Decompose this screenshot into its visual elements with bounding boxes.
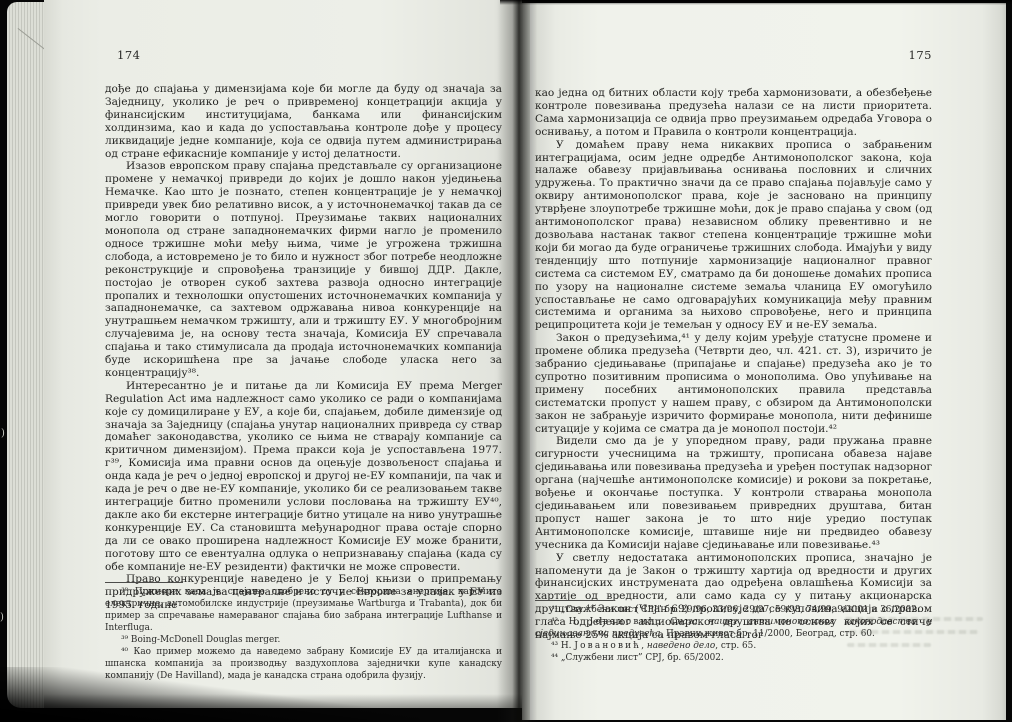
page-edge-stack: [7, 2, 45, 708]
body-paragraph: Интересантно је и питање да ли Комисија …: [105, 380, 502, 574]
body-paragraph: У домаћем праву нема никаквих прописа о …: [535, 139, 932, 333]
body-paragraph: Закон о предузећима,⁴¹ у делу којим уређ…: [535, 332, 932, 435]
footnote-text: ⁴² Н.: [551, 617, 590, 627]
margin-mark: ): [0, 612, 4, 623]
page-number-left: 174: [117, 48, 140, 62]
margin-mark: ): [1, 428, 5, 439]
footnote: ³⁹ Boing-McDonell Douglas merger.: [105, 634, 502, 646]
body-paragraph: као једна од битних области коју треба х…: [535, 87, 932, 139]
footnote-separator: [535, 600, 613, 601]
body-paragraph: Видели смо да је у упоредном праву, ради…: [535, 435, 932, 551]
right-page-footnotes: ⁴¹ „Службени лист СРЈ” бр. 29/96, 33/96,…: [535, 600, 932, 664]
footnote: ⁴² Н. Јовановић: Снага нашег антимонопол…: [535, 616, 932, 640]
author-name: Јовановић: [574, 641, 641, 651]
footnote-text: , стр. 65.: [715, 641, 756, 651]
left-page-body: дође до спајања у димензијама које би мо…: [105, 83, 502, 612]
footnote-text: , Правни живот бр. 11/2000, Београд, стр…: [660, 629, 875, 639]
footnote: ³⁸ Примери када је спајање одобрено су у…: [105, 586, 502, 634]
footnote: ⁴¹ „Службени лист СРЈ” бр. 29/96, 33/96,…: [535, 604, 932, 616]
footnote-text: :: [657, 617, 670, 627]
left-page-footnotes: ³⁸ Примери када је спајање одобрено су у…: [105, 582, 502, 682]
footnote: ⁴⁴ „Службени лист” СРЈ, бр. 65/2002.: [535, 652, 932, 664]
author-name: Јовановић: [590, 617, 657, 627]
page-number-right: 175: [535, 48, 932, 62]
footnote-separator: [105, 582, 183, 583]
body-paragraph: дође до спајања у димензијама које би мо…: [105, 83, 502, 160]
work-title: наведено дело: [647, 641, 715, 651]
right-page-body: као једна од битних области коју треба х…: [535, 87, 932, 642]
body-paragraph: Изазов европском праву спајања представљ…: [105, 160, 502, 379]
footnote: ⁴⁰ Као пример можемо да наведемо забрану…: [105, 646, 502, 682]
footnote-text: ⁴³ Н.: [551, 641, 574, 651]
footnote: ⁴³ Н. Јовановић, наведено дело, стр. 65.: [535, 640, 932, 652]
